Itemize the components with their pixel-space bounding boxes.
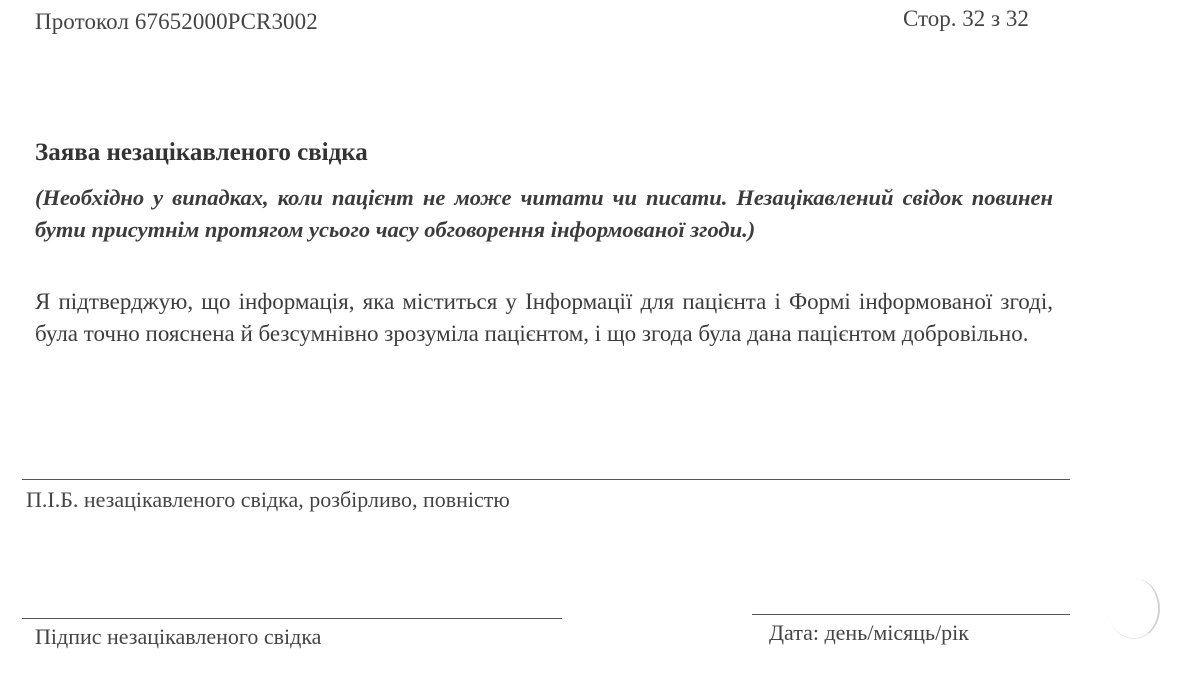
date-field[interactable] [752, 614, 1070, 615]
date-label: Дата: день/місяць/рік [769, 620, 969, 646]
witness-name-label: П.І.Б. незацікавленого свідка, розбірлив… [26, 487, 510, 513]
witness-name-field[interactable] [22, 479, 1070, 480]
page-number: Стор. 32 з 32 [903, 6, 1029, 32]
witness-signature-label: Підпис незацікавленого свідка [35, 624, 321, 650]
punch-hole-mark-icon [1108, 578, 1160, 639]
witness-statement: Я підтверджую, що інформація, яка містит… [35, 286, 1053, 350]
section-title: Заява незацікавленого свідка [35, 139, 368, 167]
witness-requirement-note: (Необхідно у випадках, коли пацієнт не м… [35, 182, 1053, 246]
protocol-number: Протокол 67652000PCR3002 [35, 9, 318, 35]
witness-signature-field[interactable] [22, 618, 562, 619]
